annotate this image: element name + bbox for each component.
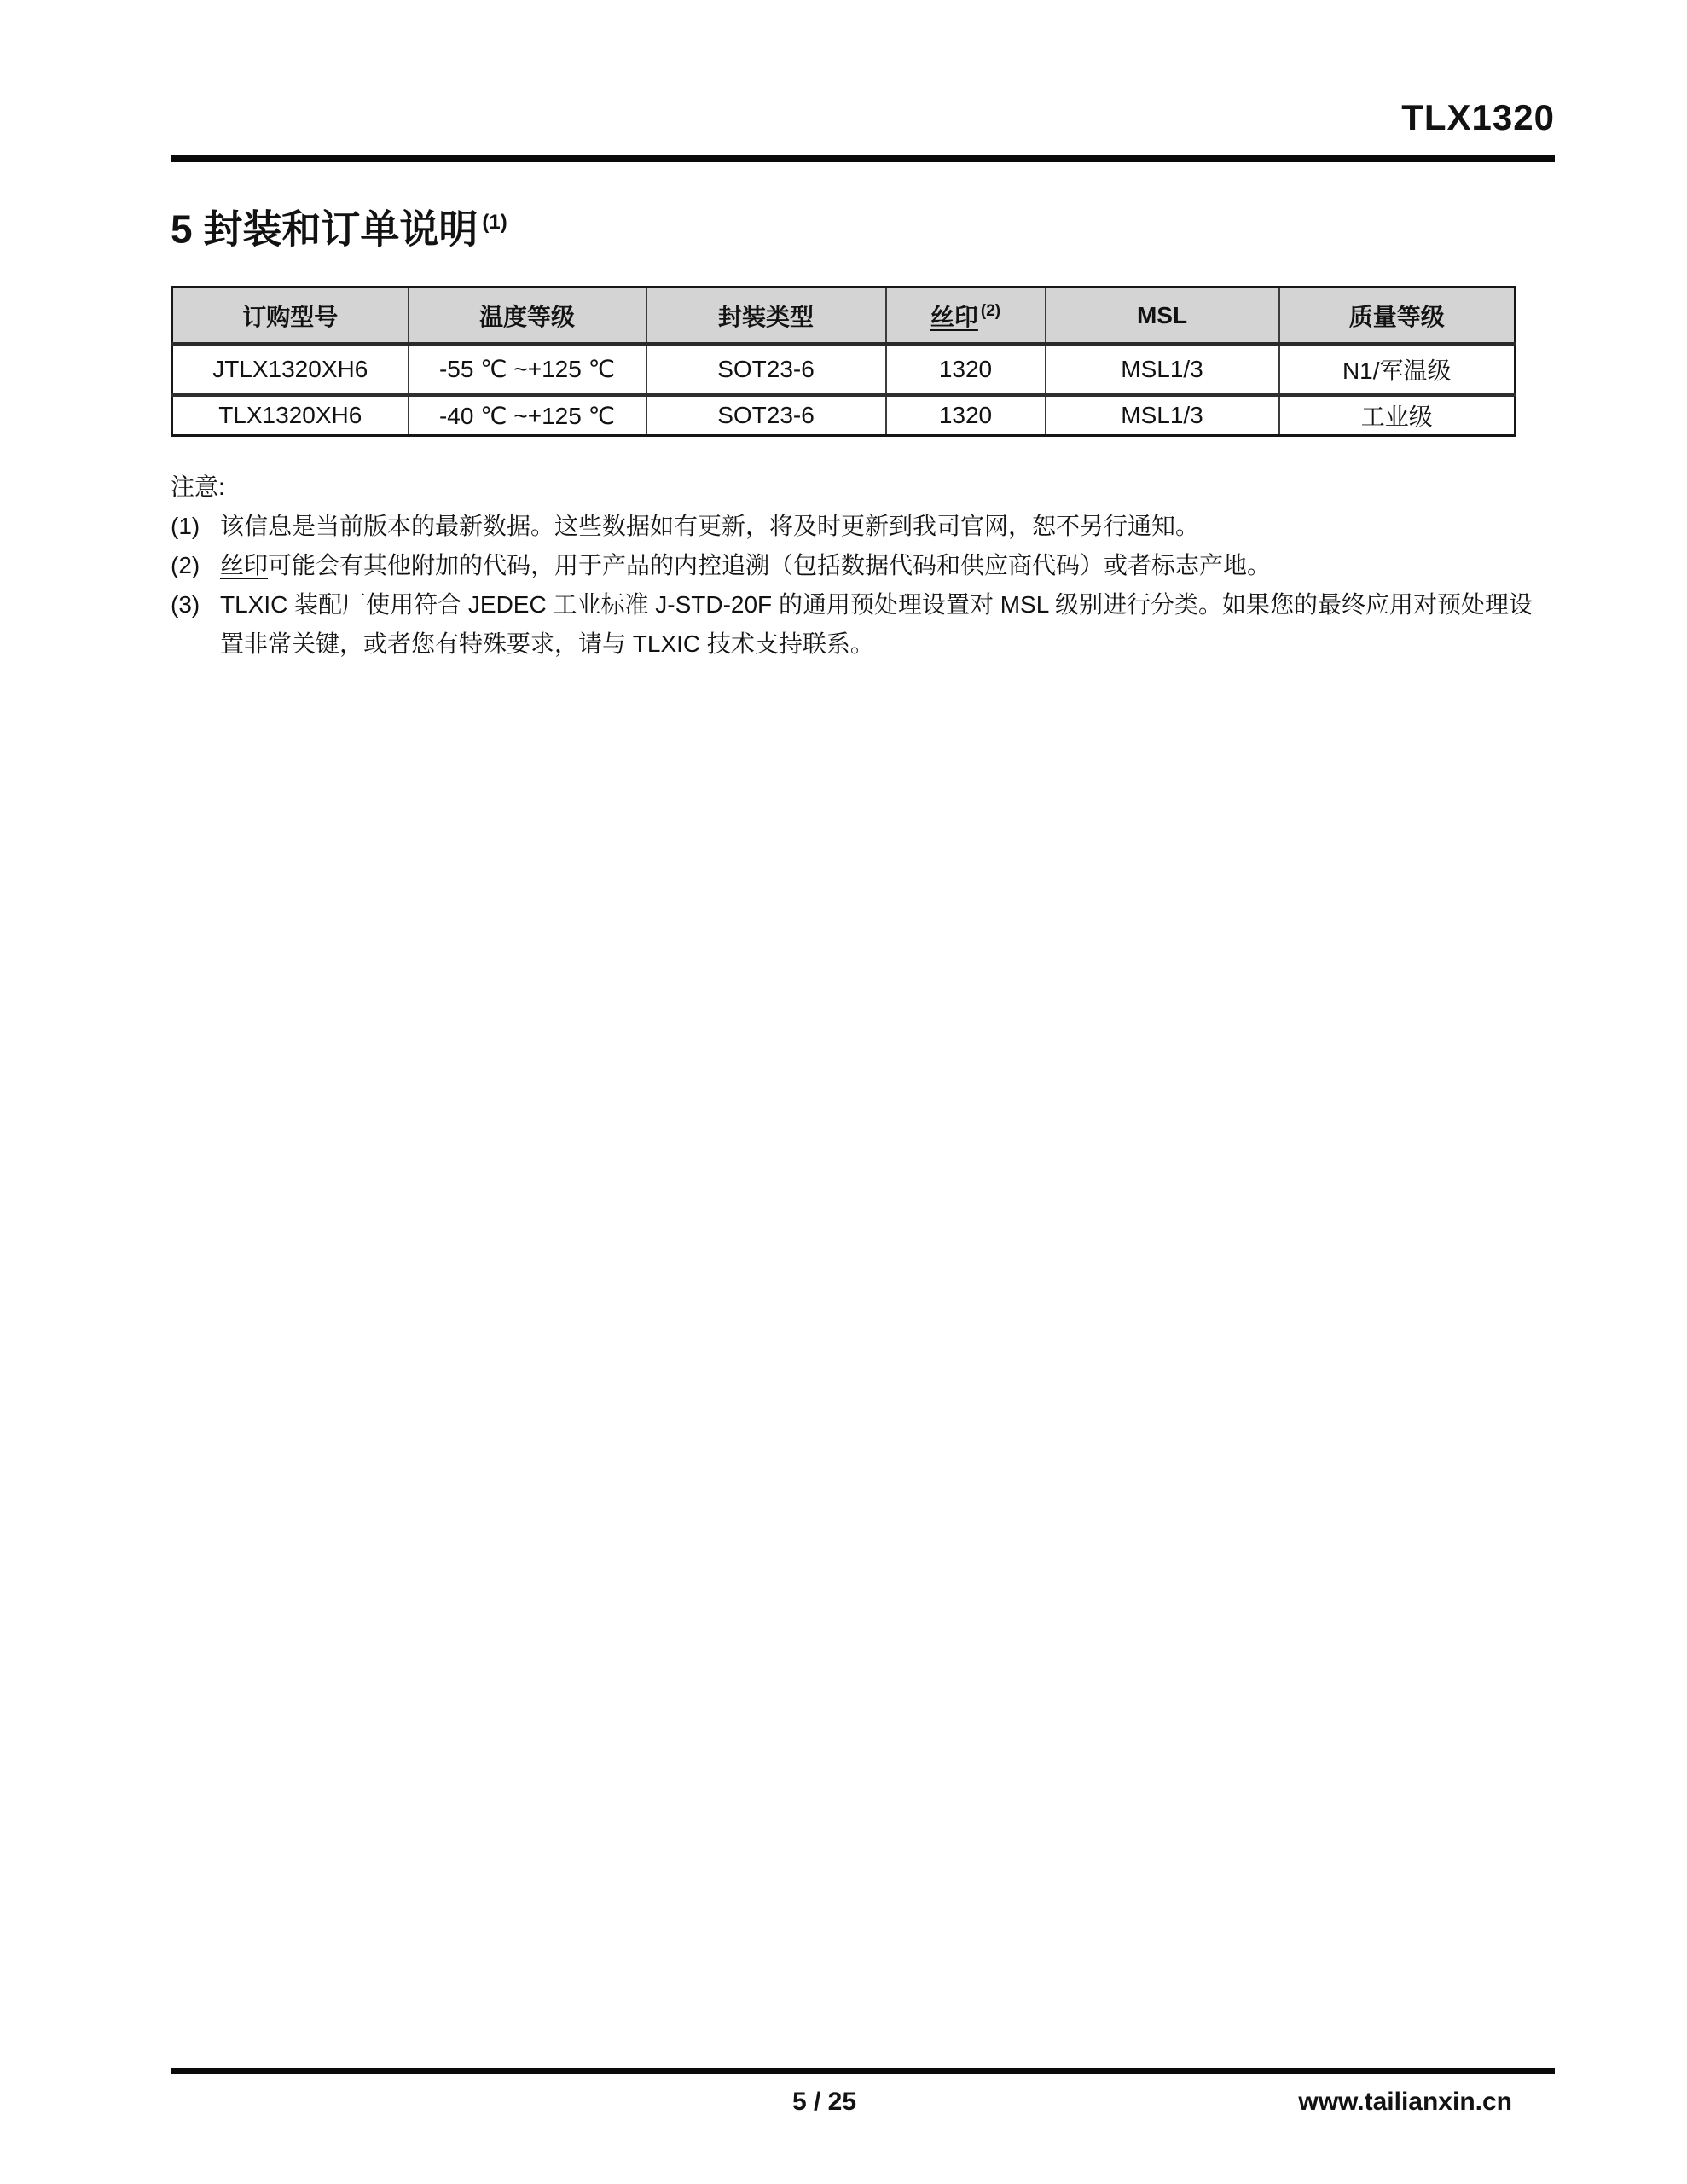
cell-package-type: SOT23-6: [646, 344, 886, 395]
column-header-order-model: 订购型号: [172, 288, 409, 344]
table-row: JTLX1320XH6 -55 ℃ ~+125 ℃ SOT23-6 1320 M…: [172, 344, 1516, 395]
header-divider: [171, 155, 1555, 162]
website-link[interactable]: www.tailianxin.cn: [1298, 2088, 1512, 2117]
cell-order-model: JTLX1320XH6: [172, 344, 409, 395]
footer-row: 5 / 25 www.tailianxin.cn: [171, 2088, 1555, 2123]
notes-section: 注意: (1) 该信息是当前版本的最新数据。这些数据如有更新，将及时更新到我司官…: [171, 468, 1555, 664]
marking-footnote-ref: (2): [981, 302, 1000, 320]
cell-order-model: TLX1320XH6: [172, 395, 409, 436]
note-body-text: TLXIC 装配厂使用符合 JEDEC 工业标准 J-STD-20F 的通用预处…: [220, 591, 1533, 657]
cell-msl: MSL1/3: [1046, 344, 1279, 395]
section-title: 5 封装和订单说明(1): [171, 196, 1555, 255]
note-text: 丝印可能会有其他附加的代码，用于产品的内控追溯（包括数据代码和供应商代码）或者标…: [220, 546, 1555, 585]
column-header-msl: MSL: [1046, 288, 1279, 344]
marking-header-text: 丝印: [930, 304, 978, 330]
cell-temp-grade: -40 ℃ ~+125 ℃: [409, 395, 646, 436]
column-header-package-type: 封装类型: [646, 288, 886, 344]
note-item: (2) 丝印可能会有其他附加的代码，用于产品的内控追溯（包括数据代码和供应商代码…: [171, 546, 1555, 585]
cell-quality-grade: N1/军温级: [1279, 344, 1516, 395]
column-header-temp-grade: 温度等级: [409, 288, 646, 344]
note-marker: (2): [171, 546, 220, 585]
cell-marking: 1320: [886, 344, 1046, 395]
table-header-row: 订购型号 温度等级 封装类型 丝印(2) MSL 质量等级: [172, 288, 1516, 344]
footer-divider: [171, 2068, 1555, 2074]
note-item: (1) 该信息是当前版本的最新数据。这些数据如有更新，将及时更新到我司官网，恕不…: [171, 507, 1555, 546]
note-text: 该信息是当前版本的最新数据。这些数据如有更新，将及时更新到我司官网，恕不另行通知…: [220, 507, 1555, 546]
cell-package-type: SOT23-6: [646, 395, 886, 436]
document-title: TLX1320: [171, 96, 1555, 140]
note-marker: (1): [171, 507, 220, 546]
cell-quality-grade: 工业级: [1279, 395, 1516, 436]
note-marker: (3): [171, 585, 220, 624]
page-content: TLX1320 5 封装和订单说明(1) 订购型号 温度等级 封装类型 丝印(2…: [171, 0, 1555, 664]
cell-temp-grade: -55 ℃ ~+125 ℃: [409, 344, 646, 395]
ordering-info-table: 订购型号 温度等级 封装类型 丝印(2) MSL 质量等级 JTLX1320XH…: [171, 286, 1516, 437]
datasheet-page: { "page": { "doc_title": "TLX1320", "foo…: [0, 0, 1687, 2184]
table-row: TLX1320XH6 -40 ℃ ~+125 ℃ SOT23-6 1320 MS…: [172, 395, 1516, 436]
note-text: TLXIC 装配厂使用符合 JEDEC 工业标准 J-STD-20F 的通用预处…: [220, 585, 1555, 664]
notes-label: 注意:: [171, 468, 1555, 507]
page-footer: 5 / 25 www.tailianxin.cn: [171, 2068, 1555, 2123]
note-body-text: 该信息是当前版本的最新数据。这些数据如有更新，将及时更新到我司官网，恕不另行通知…: [220, 513, 1199, 539]
note-body-text: 可能会有其他附加的代码，用于产品的内控追溯（包括数据代码和供应商代码）或者标志产…: [268, 552, 1271, 578]
cell-msl: MSL1/3: [1046, 395, 1279, 436]
cell-marking: 1320: [886, 395, 1046, 436]
column-header-marking: 丝印(2): [886, 288, 1046, 344]
column-header-quality-grade: 质量等级: [1279, 288, 1516, 344]
note-lead: 丝印: [220, 552, 268, 578]
note-item: (3) TLXIC 装配厂使用符合 JEDEC 工业标准 J-STD-20F 的…: [171, 585, 1555, 664]
section-title-text: 5 封装和订单说明: [171, 206, 478, 251]
title-footnote-ref: (1): [482, 211, 507, 234]
page-number: 5 / 25: [171, 2088, 1478, 2117]
